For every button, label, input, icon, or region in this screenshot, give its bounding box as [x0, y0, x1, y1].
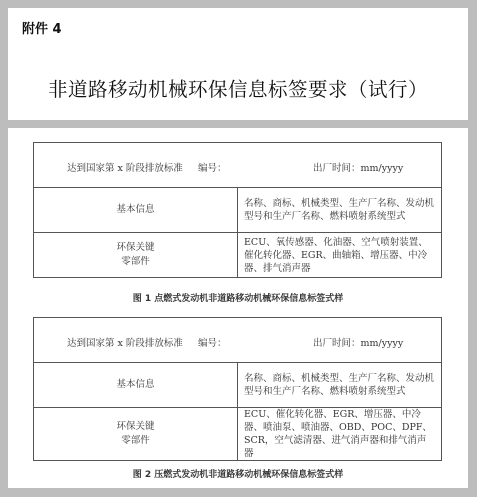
row-label-key-components: 环保关键 零部件	[34, 408, 238, 461]
label-header-row: 达到国家第 x 阶段排放标准 编号： 出厂时间：mm/yyyy	[34, 318, 442, 363]
label-line: 零部件	[34, 434, 237, 448]
factory-date-text: 出厂时间：mm/yyyy	[313, 160, 403, 174]
attachment-label: 附件 4	[22, 18, 62, 37]
title-panel: 附件 4 非道路移动机械环保信息标签要求（试行）	[8, 8, 468, 120]
figures-panel: 达到国家第 x 阶段排放标准 编号： 出厂时间：mm/yyyy 基本信息 名称、…	[8, 128, 468, 488]
row-label-basic-info: 基本信息	[34, 188, 238, 233]
serial-number-label: 编号：	[198, 160, 227, 174]
table-row: 环保关键 零部件 ECU、催化转化器、EGR、增压器、中冷器、喷油泵、喷油器、O…	[34, 408, 442, 461]
label-line: 环保关键	[34, 241, 237, 255]
label-header-row: 达到国家第 x 阶段排放标准 编号： 出厂时间：mm/yyyy	[34, 143, 442, 188]
label-table-compression-ignition: 达到国家第 x 阶段排放标准 编号： 出厂时间：mm/yyyy 基本信息 名称、…	[33, 317, 442, 461]
table-row: 基本信息 名称、商标、机械类型、生产厂名称、发动机型号和生产厂名称、燃料喷射系统…	[34, 363, 442, 408]
factory-date-text: 出厂时间：mm/yyyy	[313, 335, 403, 349]
figure-caption-1: 图 1 点燃式发动机非道路移动机械环保信息标签式样	[8, 291, 468, 304]
row-label-key-components: 环保关键 零部件	[34, 233, 238, 278]
row-label-basic-info: 基本信息	[34, 363, 238, 408]
emission-standard-text: 达到国家第 x 阶段排放标准	[67, 160, 183, 174]
label-table-spark-ignition: 达到国家第 x 阶段排放标准 编号： 出厂时间：mm/yyyy 基本信息 名称、…	[33, 142, 442, 278]
emission-standard-text: 达到国家第 x 阶段排放标准	[67, 335, 183, 349]
table-row: 环保关键 零部件 ECU、氧传感器、化油器、空气喷射装置、催化转化器、EGR、曲…	[34, 233, 442, 278]
serial-number-label: 编号：	[198, 335, 227, 349]
table-row: 基本信息 名称、商标、机械类型、生产厂名称、发动机型号和生产厂名称、燃料喷射系统…	[34, 188, 442, 233]
row-value-key-components: ECU、催化转化器、EGR、增压器、中冷器、喷油泵、喷油器、OBD、POC、DP…	[238, 408, 442, 461]
label-line: 零部件	[34, 255, 237, 269]
row-value-basic-info: 名称、商标、机械类型、生产厂名称、发动机型号和生产厂名称、燃料喷射系统型式	[238, 363, 442, 408]
row-value-basic-info: 名称、商标、机械类型、生产厂名称、发动机型号和生产厂名称、燃料喷射系统型式	[238, 188, 442, 233]
document-title: 非道路移动机械环保信息标签要求（试行）	[8, 74, 468, 102]
row-value-key-components: ECU、氧传感器、化油器、空气喷射装置、催化转化器、EGR、曲轴箱、增压器、中冷…	[238, 233, 442, 278]
label-line: 环保关键	[34, 420, 237, 434]
figure-caption-2: 图 2 压燃式发动机非道路移动机械环保信息标签式样	[8, 467, 468, 480]
